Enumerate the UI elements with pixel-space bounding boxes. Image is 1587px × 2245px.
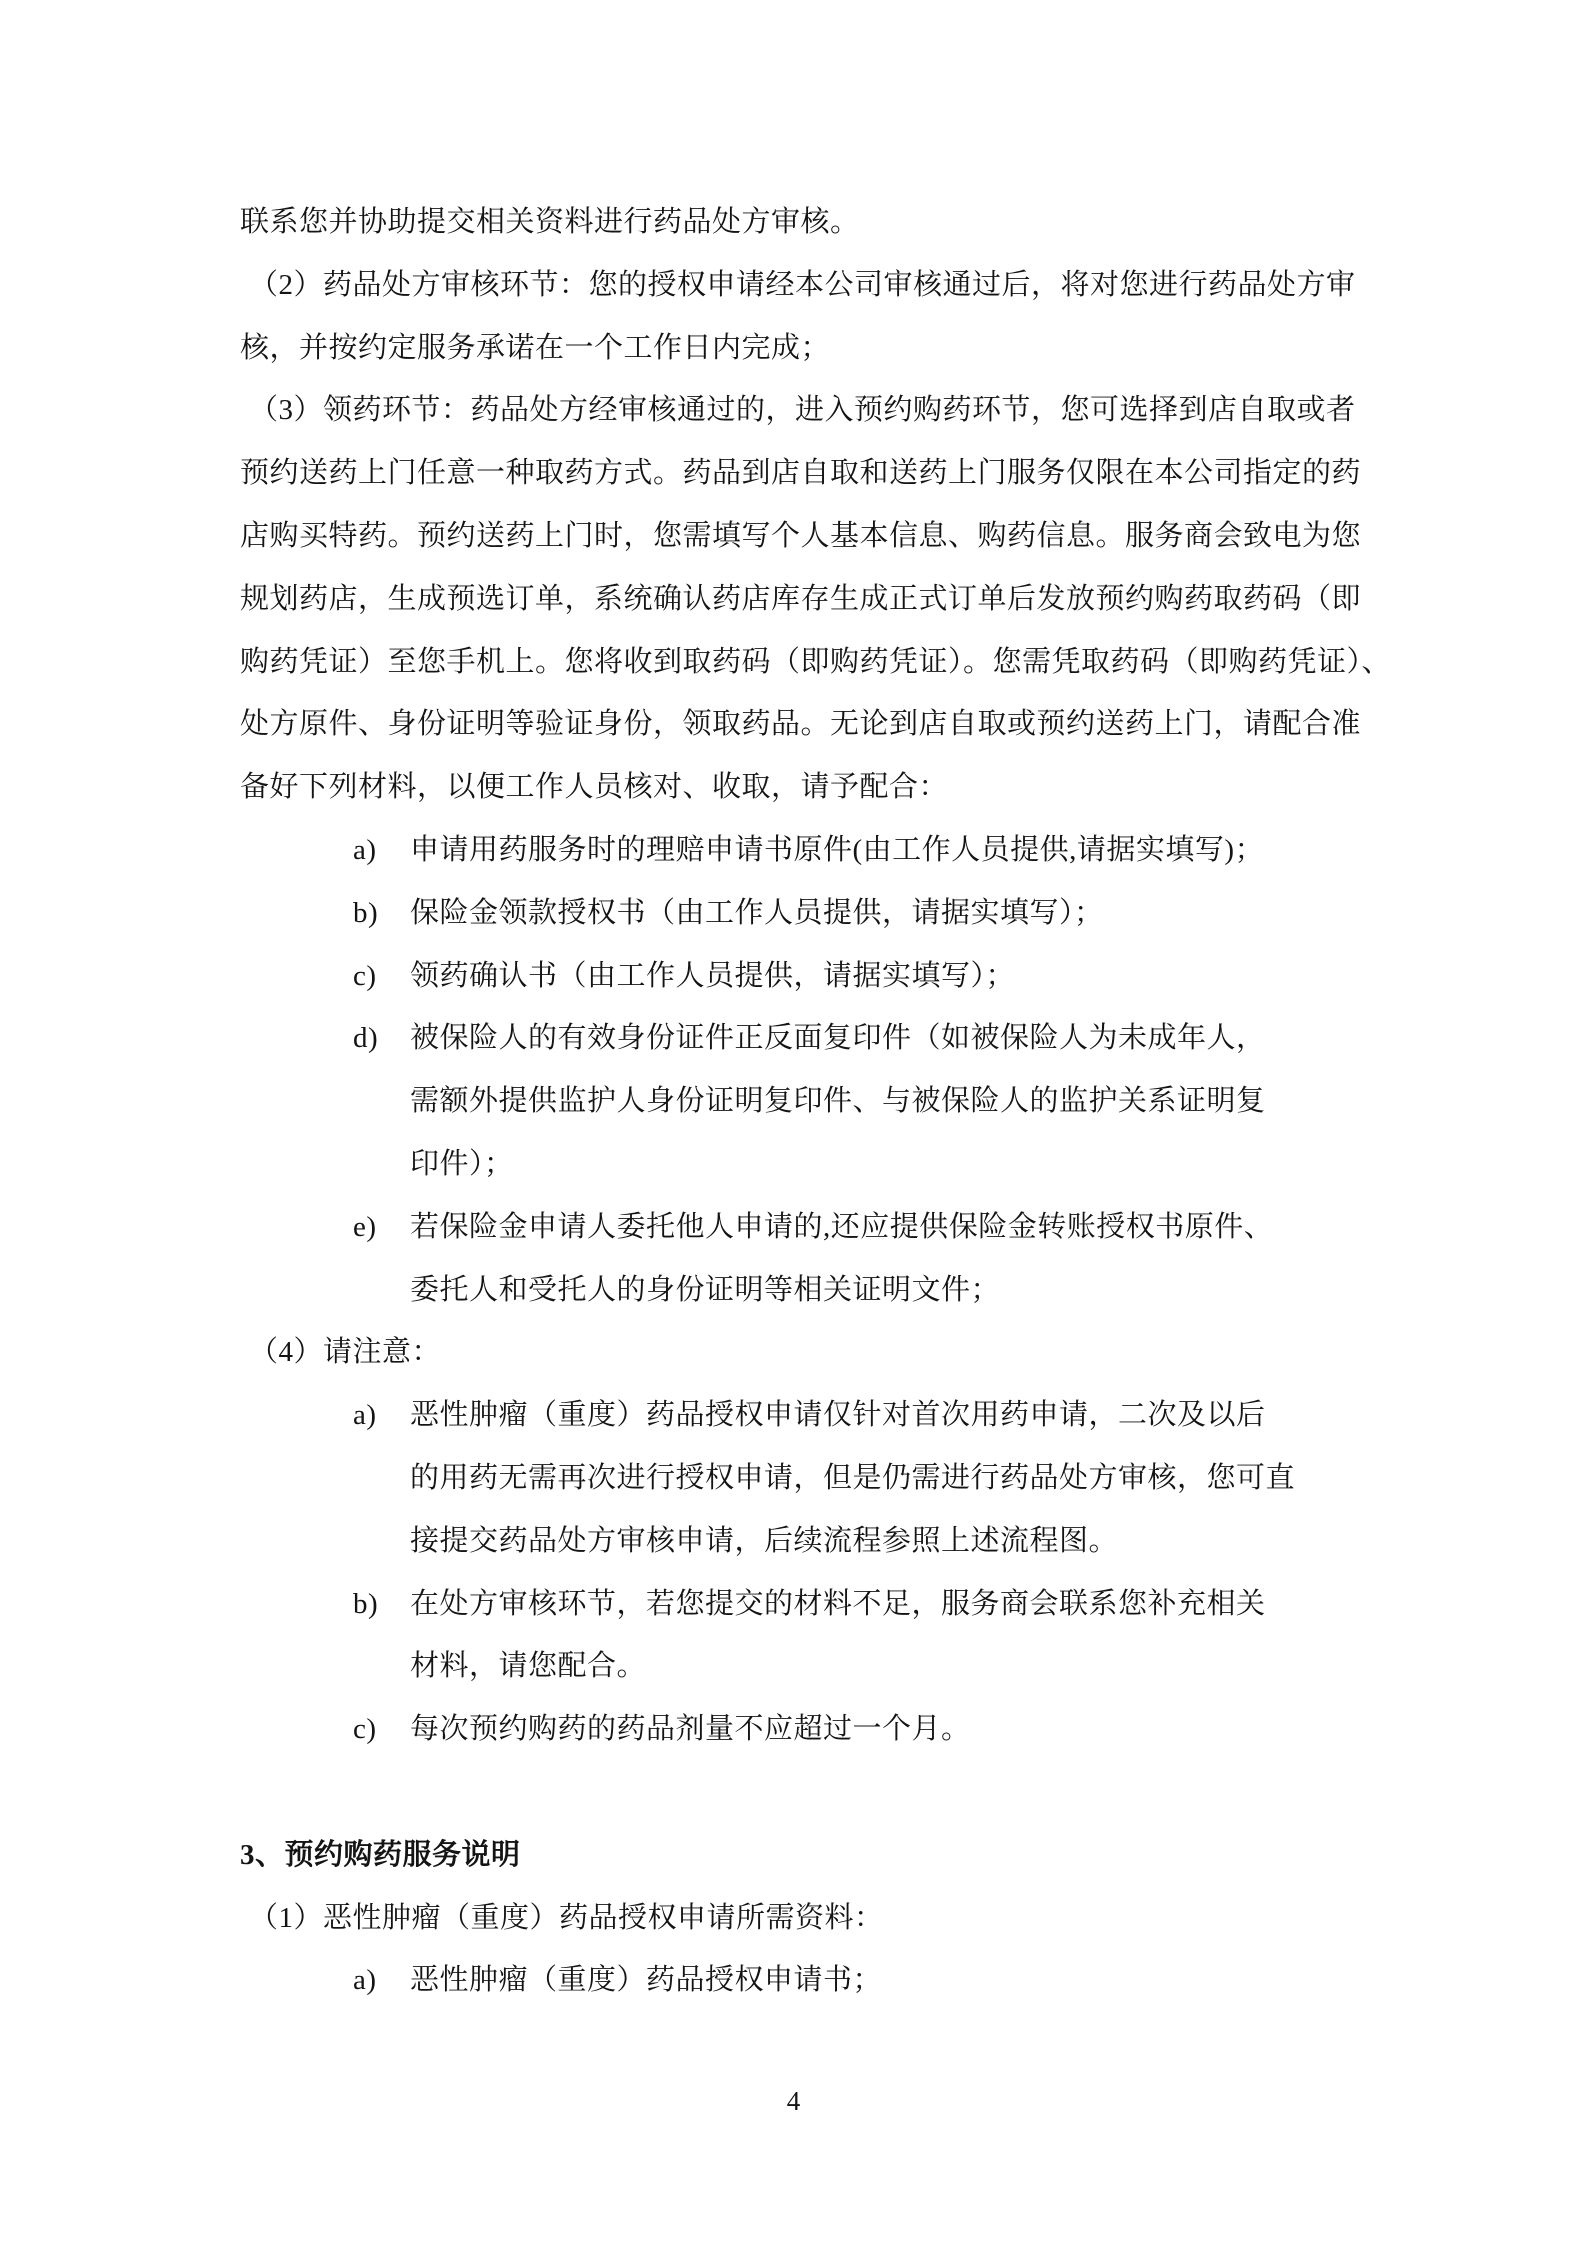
list-item: a)恶性肿瘤（重度）药品授权申请仅针对首次用药申请，二次及以后 [353, 1384, 1266, 1446]
list-item-text: 在处方审核环节，若您提交的材料不足，服务商会联系您补充相关 [410, 1588, 1266, 1620]
list-marker: b) [353, 882, 410, 944]
document-page: 联系您并协助提交相关资料进行药品处方审核。（2）药品处方审核环节：您的授权申请经… [0, 0, 1587, 2245]
list-item-text: 若保险金申请人委托他人申请的,还应提供保险金转账授权书原件、 [410, 1211, 1273, 1243]
document-body: 联系您并协助提交相关资料进行药品处方审核。（2）药品处方审核环节：您的授权申请经… [0, 0, 1587, 2245]
paragraph-line: 处方原件、身份证明等验证身份，领取药品。无论到店自取或预约送药上门，请配合准 [240, 693, 1361, 755]
list-item-text: 每次预约购药的药品剂量不应超过一个月。 [410, 1713, 971, 1745]
list-item: b)在处方审核环节，若您提交的材料不足，服务商会联系您补充相关 [353, 1573, 1266, 1635]
list-marker: e) [353, 1196, 410, 1258]
list-marker: a) [353, 819, 410, 881]
paragraph-line: 联系您并协助提交相关资料进行药品处方审核。 [240, 191, 860, 253]
paragraph-line: （2）药品处方审核环节：您的授权申请经本公司审核通过后，将对您进行药品处方审 [249, 254, 1356, 316]
list-marker: b) [353, 1573, 410, 1635]
list-item-text: 恶性肿瘤（重度）药品授权申请书； [410, 1964, 882, 1996]
list-item-text: 恶性肿瘤（重度）药品授权申请仅针对首次用药申请，二次及以后 [410, 1399, 1266, 1431]
paragraph-line: （1）恶性肿瘤（重度）药品授权申请所需资料： [249, 1887, 884, 1949]
list-item: c)领药确认书（由工作人员提供，请据实填写）； [353, 945, 1015, 1007]
list-item-continuation: 材料，请您配合。 [410, 1635, 646, 1697]
list-item-continuation: 印件）； [410, 1133, 514, 1195]
list-item: a)恶性肿瘤（重度）药品授权申请书； [353, 1949, 882, 2011]
list-item: e)若保险金申请人委托他人申请的,还应提供保险金转账授权书原件、 [353, 1196, 1273, 1258]
list-item-text: 被保险人的有效身份证件正反面复印件（如被保险人为未成年人， [410, 1022, 1266, 1054]
page-number: 4 [0, 2070, 1587, 2132]
list-item-text: 领药确认书（由工作人员提供，请据实填写）； [410, 960, 1015, 992]
list-item: d)被保险人的有效身份证件正反面复印件（如被保险人为未成年人， [353, 1007, 1266, 1069]
paragraph-line: 店购买特药。预约送药上门时，您需填写个人基本信息、购药信息。服务商会致电为您 [240, 505, 1361, 567]
list-item: b)保险金领款授权书（由工作人员提供，请据实填写）； [353, 882, 1104, 944]
paragraph-line: 备好下列材料，以便工作人员核对、收取，请予配合： [240, 756, 948, 818]
paragraph-line: 购药凭证）至您手机上。您将收到取药码（即购药凭证）。您需凭取药码（即购药凭证）、 [240, 631, 1391, 693]
list-item-continuation: 接提交药品处方审核申请，后续流程参照上述流程图。 [410, 1510, 1118, 1572]
list-item: a)申请用药服务时的理赔申请书原件(由工作人员提供,请据实填写)； [353, 819, 1264, 881]
list-item-continuation: 的用药无需再次进行授权申请，但是仍需进行药品处方审核，您可直 [410, 1447, 1295, 1509]
paragraph-line: 核，并按约定服务承诺在一个工作日内完成； [240, 317, 830, 379]
list-item-continuation: 需额外提供监护人身份证明复印件、与被保险人的监护关系证明复 [410, 1070, 1266, 1132]
list-marker: a) [353, 1384, 410, 1446]
paragraph-line: （4）请注意： [249, 1321, 441, 1383]
list-marker: c) [353, 945, 410, 1007]
list-marker: d) [353, 1007, 410, 1069]
list-marker: a) [353, 1949, 410, 2011]
list-item-text: 保险金领款授权书（由工作人员提供，请据实填写）； [410, 897, 1104, 929]
paragraph-line: 规划药店，生成预选订单，系统确认药店库存生成正式订单后发放预约购药取药码（即 [240, 568, 1361, 630]
list-item-continuation: 委托人和受托人的身份证明等相关证明文件； [410, 1259, 1000, 1321]
section-heading: 3、预约购药服务说明 [240, 1824, 521, 1886]
list-item-text: 申请用药服务时的理赔申请书原件(由工作人员提供,请据实填写)； [410, 834, 1264, 866]
paragraph-line: 预约送药上门任意一种取药方式。药品到店自取和送药上门服务仅限在本公司指定的药 [240, 442, 1361, 504]
list-marker: c) [353, 1698, 410, 1760]
paragraph-line: （3）领药环节：药品处方经审核通过的，进入预约购药环节，您可选择到店自取或者 [249, 379, 1356, 441]
list-item: c)每次预约购药的药品剂量不应超过一个月。 [353, 1698, 971, 1760]
